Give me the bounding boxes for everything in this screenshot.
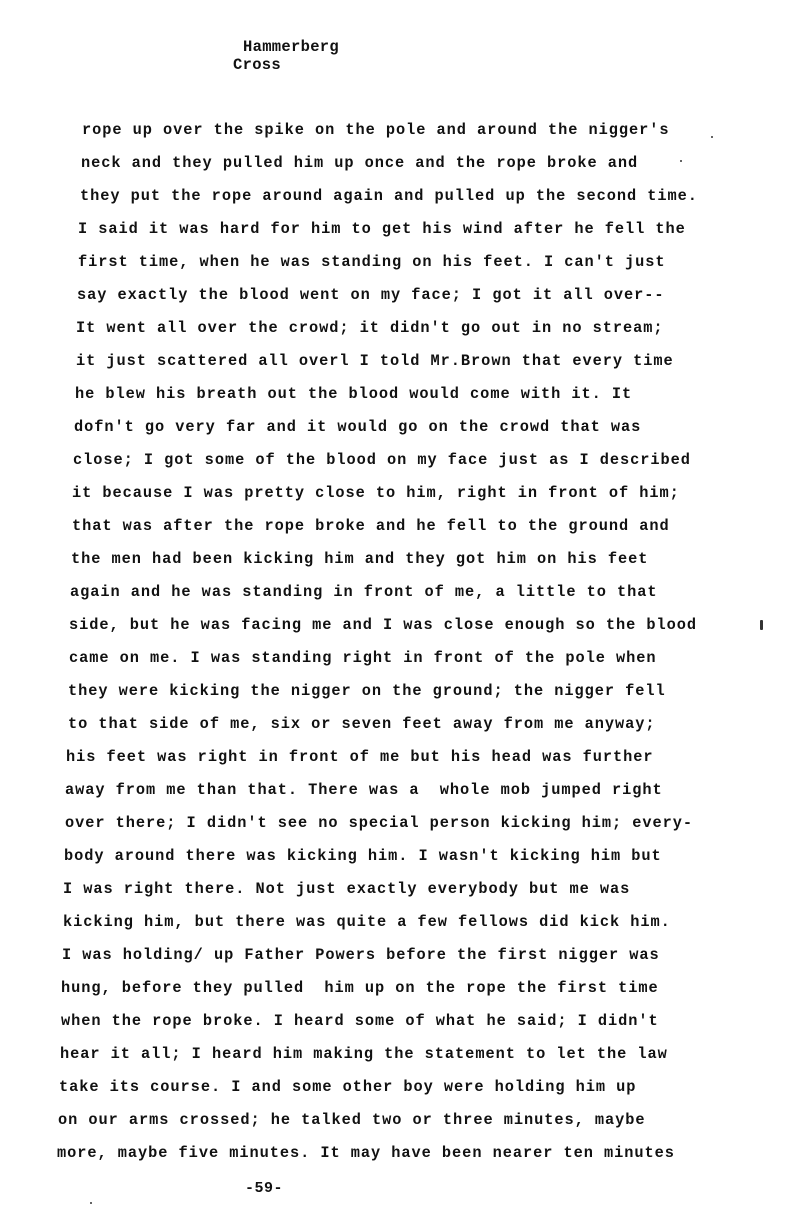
transcript-line: dofn't go very far and it would go on th… <box>74 418 641 436</box>
document-page: Hammerberg Cross rope up over the spike … <box>0 0 800 1210</box>
transcript-line: body around there was kicking him. I was… <box>64 847 662 865</box>
transcript-line: it just scattered all overl I told Mr.Br… <box>76 352 674 370</box>
transcript-line: hear it all; I heard him making the stat… <box>60 1045 668 1063</box>
transcript-line: side, but he was facing me and I was clo… <box>69 616 697 634</box>
transcript-line: they put the rope around again and pulle… <box>80 187 698 205</box>
transcript-line: kicking him, but there was quite a few f… <box>63 913 671 931</box>
transcript-line: the men had been kicking him and they go… <box>71 550 648 568</box>
transcript-line: away from me than that. There was a whol… <box>65 781 663 799</box>
transcript-line: again and he was standing in front of me… <box>70 583 658 601</box>
transcript-line: his feet was right in front of me but hi… <box>66 748 654 766</box>
transcript-line: say exactly the blood went on my face; I… <box>77 286 665 304</box>
transcript-line: when the rope broke. I heard some of wha… <box>61 1012 659 1030</box>
transcript-line: on our arms crossed; he talked two or th… <box>58 1111 646 1129</box>
transcript-line: rope up over the spike on the pole and a… <box>82 121 670 139</box>
transcript-line: take its course. I and some other boy we… <box>59 1078 636 1096</box>
transcript-line: came on me. I was standing right in fron… <box>69 649 657 667</box>
transcript-line: that was after the rope broke and he fel… <box>72 517 670 535</box>
transcript-line: it because I was pretty close to him, ri… <box>72 484 680 502</box>
transcript-line: I said it was hard for him to get his wi… <box>78 220 686 238</box>
transcript-line: first time, when he was standing on his … <box>78 253 666 271</box>
witness-name: Hammerberg <box>233 38 339 56</box>
transcript-line: neck and they pulled him up once and the… <box>81 154 638 172</box>
ink-speck <box>760 620 763 630</box>
page-header: Hammerberg Cross <box>233 38 339 74</box>
ink-speck <box>711 136 713 138</box>
examination-type: Cross <box>233 56 339 74</box>
transcript-line: to that side of me, six or seven feet aw… <box>68 715 656 733</box>
transcript-line: It went all over the crowd; it didn't go… <box>76 319 664 337</box>
transcript-line: I was holding/ up Father Powers before t… <box>62 946 660 964</box>
transcript-line: more, maybe five minutes. It may have be… <box>57 1144 675 1162</box>
ink-speck <box>90 1202 92 1204</box>
transcript-line: hung, before they pulled him up on the r… <box>61 979 659 997</box>
transcript-line: over there; I didn't see no special pers… <box>65 814 693 832</box>
ink-speck <box>680 160 682 162</box>
page-number: -59- <box>245 1180 283 1197</box>
transcript-line: close; I got some of the blood on my fac… <box>73 451 691 469</box>
transcript-line: I was right there. Not just exactly ever… <box>63 880 630 898</box>
transcript-line: he blew his breath out the blood would c… <box>75 385 632 403</box>
transcript-line: they were kicking the nigger on the grou… <box>68 682 666 700</box>
